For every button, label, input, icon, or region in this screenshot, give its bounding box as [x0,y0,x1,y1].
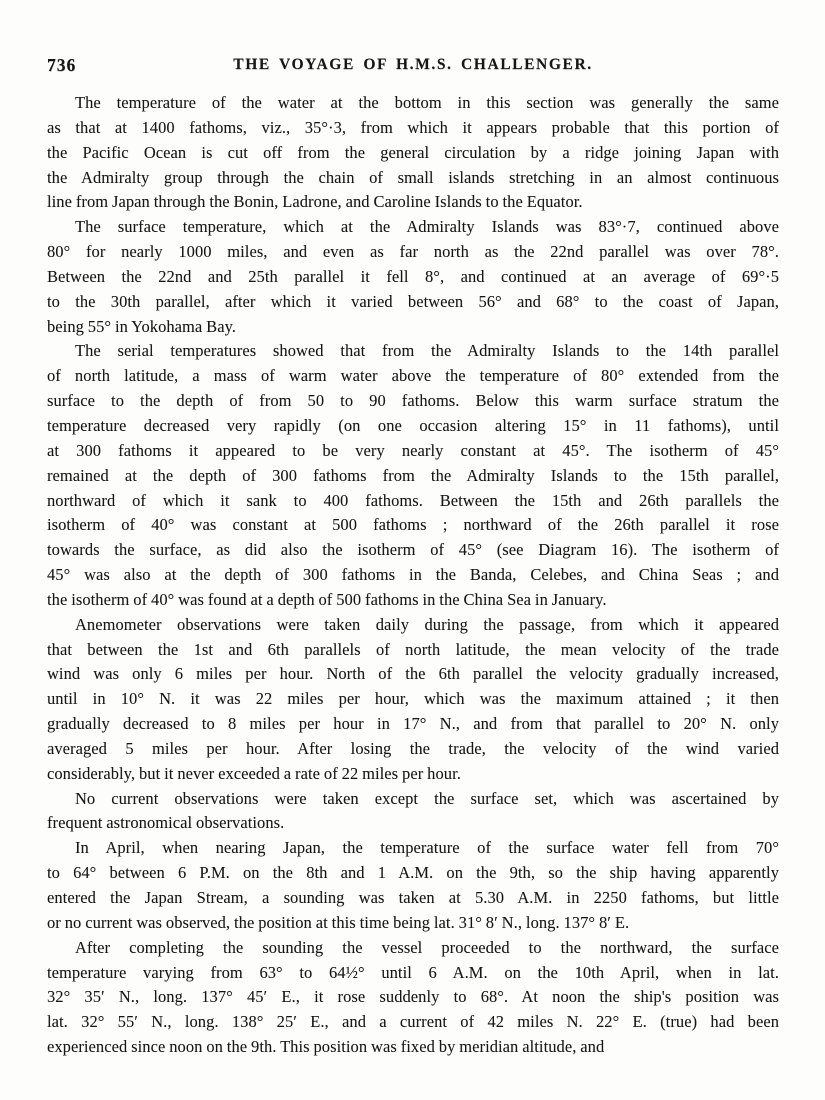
text-line: isotherm of 40° was constant at 500 fath… [47,513,779,538]
running-header: THE VOYAGE OF H.M.S. CHALLENGER. [47,56,779,74]
text-line: towards the surface, as did also the iso… [47,538,779,563]
paragraph: After completing the sounding the vessel… [47,936,779,1060]
text-line: that between the 1st and 6th parallels o… [47,638,779,663]
text-line: surface to the depth of from 50 to 90 fa… [47,389,779,414]
text-line: of north latitude, a mass of warm water … [47,364,779,389]
text-line: Anemometer observations were taken daily… [47,613,779,638]
text-line: to the 30th parallel, after which it var… [47,290,779,315]
paragraph: Anemometer observations were taken daily… [47,613,779,787]
text-line: The temperature of the water at the bott… [47,91,779,116]
text-line: the Admiralty group through the chain of… [47,166,779,191]
text-line: The serial temperatures showed that from… [47,339,779,364]
text-line: to 64° between 6 P.M. on the 8th and 1 A… [47,861,779,886]
page-body: The temperature of the water at the bott… [47,91,779,1060]
text-line: frequent astronomical observations. [47,811,779,836]
text-line: lat. 32° 55′ N., long. 138° 25′ E., and … [47,1010,779,1035]
text-line: or no current was observed, the position… [47,911,779,936]
text-line: being 55° in Yokohama Bay. [47,315,779,340]
text-line: considerably, but it never exceeded a ra… [47,762,779,787]
text-line: 45° was also at the depth of 300 fathoms… [47,563,779,588]
text-line: at 300 fathoms it appeared to be very ne… [47,439,779,464]
text-line: temperature decreased very rapidly (on o… [47,414,779,439]
text-line: the isotherm of 40° was found at a depth… [47,588,779,613]
book-page: 736 THE VOYAGE OF H.M.S. CHALLENGER. The… [0,0,825,1100]
text-line: gradually decreased to 8 miles per hour … [47,712,779,737]
text-line: The surface temperature, which at the Ad… [47,215,779,240]
text-line: 80° for nearly 1000 miles, and even as f… [47,240,779,265]
paragraph: In April, when nearing Japan, the temper… [47,836,779,935]
paragraph: The surface temperature, which at the Ad… [47,215,779,339]
text-line: line from Japan through the Bonin, Ladro… [47,190,779,215]
paragraph: The serial temperatures showed that from… [47,339,779,612]
text-line: entered the Japan Stream, a sounding was… [47,886,779,911]
text-line: the Pacific Ocean is cut off from the ge… [47,141,779,166]
text-line: No current observations were taken excep… [47,787,779,812]
text-line: After completing the sounding the vessel… [47,936,779,961]
text-line: Between the 22nd and 25th parallel it fe… [47,265,779,290]
text-line: until in 10° N. it was 22 miles per hour… [47,687,779,712]
text-line: as that at 1400 fathoms, viz., 35°·3, fr… [47,116,779,141]
text-line: In April, when nearing Japan, the temper… [47,836,779,861]
page-header: 736 THE VOYAGE OF H.M.S. CHALLENGER. [47,55,779,77]
text-line: wind was only 6 miles per hour. North of… [47,662,779,687]
text-line: northward of which it sank to 400 fathom… [47,489,779,514]
text-line: experienced since noon on the 9th. This … [47,1035,779,1060]
text-line: averaged 5 miles per hour. After losing … [47,737,779,762]
text-line: temperature varying from 63° to 64½° unt… [47,961,779,986]
text-line: remained at the depth of 300 fathoms fro… [47,464,779,489]
paragraph: The temperature of the water at the bott… [47,91,779,215]
text-line: 32° 35′ N., long. 137° 45′ E., it rose s… [47,985,779,1010]
paragraph: No current observations were taken excep… [47,787,779,837]
